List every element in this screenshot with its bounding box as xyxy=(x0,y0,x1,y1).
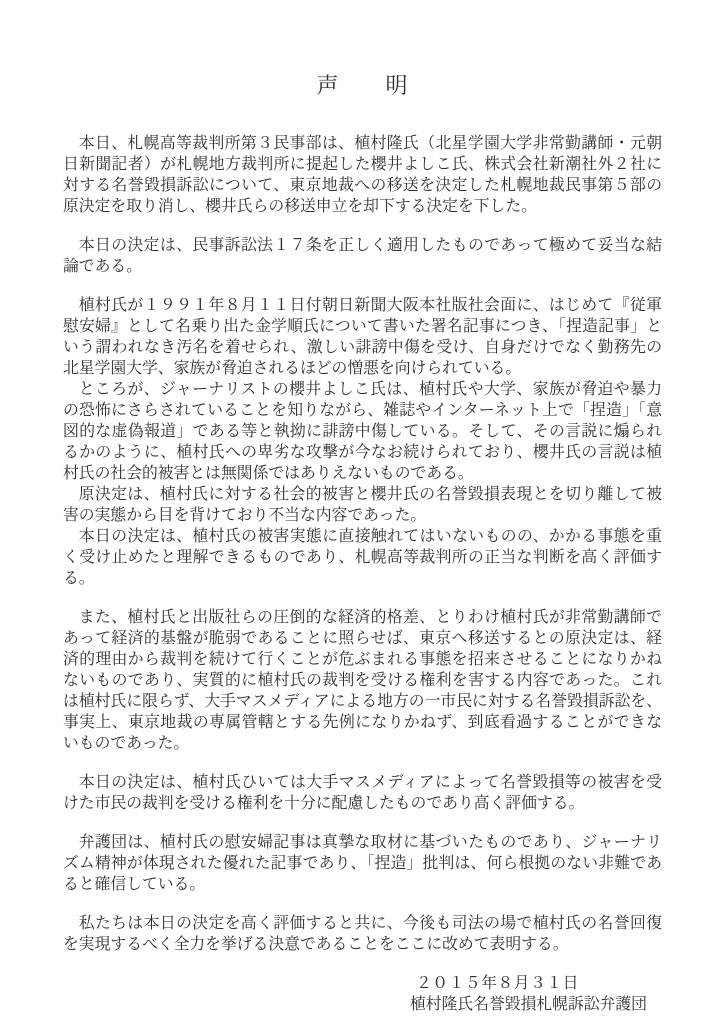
paragraph-defense-team-conviction: 弁護団は、植村氏の慰安婦記事は真摯な取材に基づいたものであり、ジャーナリズム精神… xyxy=(63,832,662,895)
statement-body: 本日、札幌高等裁判所第３民事部は、植村隆氏（北星学園大学非常勤講師・元朝日新聞記… xyxy=(63,133,662,955)
statement-footer: ２０１５年８月３１日 植村隆氏名誉毀損札幌訴訟弁護団 xyxy=(410,973,662,1015)
paragraph-article-background: 植村氏が１９９１年８月１１日付朝日新聞大阪本社版社会面に、はじめて『従軍慰安婦』… xyxy=(63,295,662,379)
statement-page: 声 明 本日、札幌高等裁判所第３民事部は、植村隆氏（北星学園大学非常勤講師・元朝… xyxy=(0,0,724,1024)
paragraph-high-court-evaluation: 本日の決定は、植村氏の被害実態に直接触れてはいないものの、かかる事態を重く受け止… xyxy=(63,526,662,589)
paragraph-economic-disparity: また、植村氏と出版社らの圧倒的な経済的格差、とりわけ植村氏が非常勤講師であって経… xyxy=(63,607,662,754)
page-title: 声 明 xyxy=(63,75,662,97)
paragraph-sakurai-conduct: ところが、ジャーナリストの櫻井よしこ氏は、植村氏や大学、家族が脅迫や暴力の恐怖に… xyxy=(63,379,662,484)
statement-date: ２０１５年８月３１日 xyxy=(410,973,662,994)
paragraph-law-application: 本日の決定は、民事訴訟法１７条を正しく適用したものであって極めて妥当な結論である… xyxy=(63,235,662,277)
paragraph-original-decision-criticism: 原決定は、植村氏に対する社会的被害と櫻井氏の名誉毀損表現とを切り離して被害の実態… xyxy=(63,484,662,526)
paragraph-right-to-trial: 本日の決定は、植村氏ひいては大手マスメディアによって名誉毀損等の被害を受けた市民… xyxy=(63,772,662,814)
paragraph-closing-resolve: 私たちは本日の決定を高く評価すると共に、今後も司法の場で植村氏の名誉回復を実現す… xyxy=(63,913,662,955)
paragraph-ruling-summary: 本日、札幌高等裁判所第３民事部は、植村隆氏（北星学園大学非常勤講師・元朝日新聞記… xyxy=(63,133,662,217)
statement-signature: 植村隆氏名誉毀損札幌訴訟弁護団 xyxy=(410,994,662,1015)
